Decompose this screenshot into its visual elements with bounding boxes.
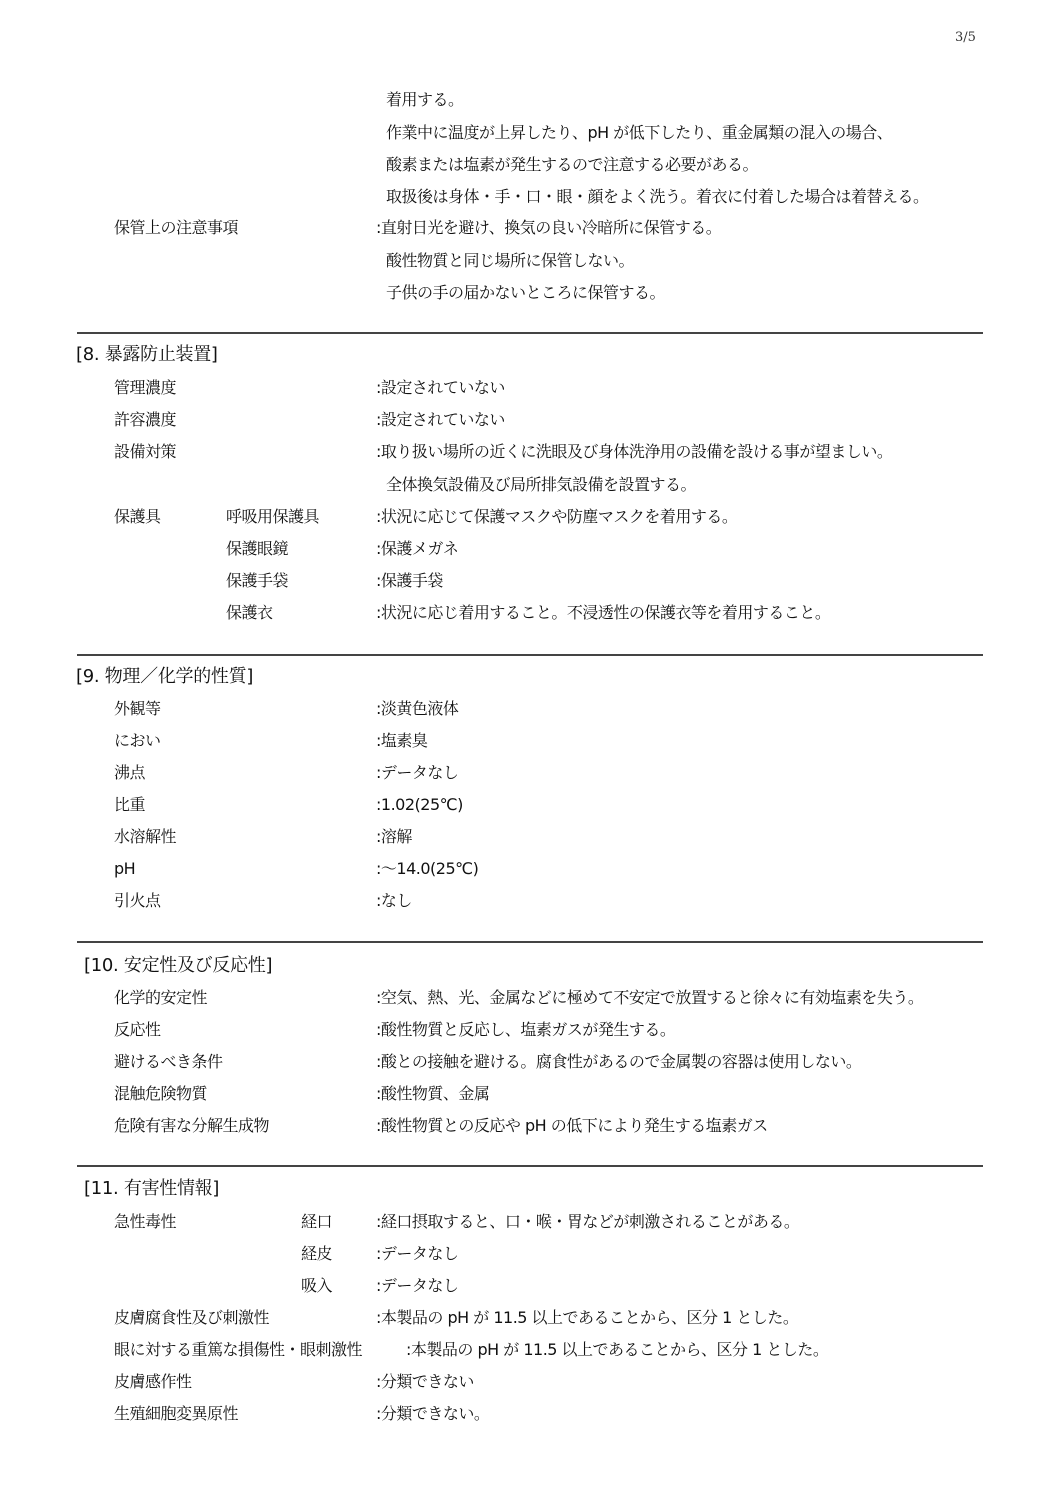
field-label: 外観等	[114, 699, 161, 719]
field-value: :1.02(25℃)	[376, 795, 463, 815]
ppe-sub-label: 呼吸用保護具	[226, 507, 319, 527]
field-value: :塩素臭	[376, 731, 427, 751]
section-8-title: [8. 暴露防止装置]	[76, 344, 218, 366]
field-label: 水溶解性	[114, 827, 176, 847]
field-label: 反応性	[114, 1020, 161, 1040]
field-label: 許容濃度	[114, 410, 176, 430]
field-value: :酸性物質との反応や pH の低下により発生する塩素ガス	[376, 1116, 768, 1136]
section-divider	[77, 1165, 983, 1167]
field-value: :データなし	[376, 763, 458, 783]
field-label: 生殖細胞変異原性	[114, 1404, 238, 1424]
ppe-value: :状況に応じ着用すること。不浸透性の保護衣等を着用すること。	[376, 603, 830, 623]
field-value: :取り扱い場所の近くに洗眼及び身体洗浄用の設備を設ける事が望ましい。	[376, 442, 892, 462]
field-label: 眼に対する重篤な損傷性・眼刺激性	[114, 1340, 362, 1360]
field-label: 管理濃度	[114, 378, 176, 398]
field-value: :酸との接触を避ける。腐食性があるので金属製の容器は使用しない。	[376, 1052, 861, 1072]
route-value: :データなし	[376, 1276, 458, 1296]
field-value: 全体換気設備及び局所排気設備を設置する。	[386, 475, 696, 495]
section-11-title: [11. 有害性情報]	[84, 1178, 219, 1200]
field-value: :分類できない	[376, 1372, 474, 1392]
ppe-value: :保護メガネ	[376, 539, 458, 559]
field-label: 化学的安定性	[114, 988, 207, 1008]
field-value: :淡黄色液体	[376, 699, 458, 719]
storage-value: :直射日光を避け、換気の良い冷暗所に保管する。	[376, 218, 721, 238]
field-value: :設定されていない	[376, 378, 505, 398]
field-label: 皮膚感作性	[114, 1372, 192, 1392]
field-label: 避けるべき条件	[114, 1052, 223, 1072]
storage-value: 酸性物質と同じ場所に保管しない。	[386, 251, 634, 271]
field-label: 混触危険物質	[114, 1084, 207, 1104]
ppe-sub-label: 保護衣	[226, 603, 273, 623]
field-value: :酸性物質と反応し、塩素ガスが発生する。	[376, 1020, 675, 1040]
storage-value: 子供の手の届かないところに保管する。	[386, 283, 665, 303]
route-value: :データなし	[376, 1244, 458, 1264]
field-value: :酸性物質、金属	[376, 1084, 489, 1104]
field-label: におい	[114, 731, 161, 751]
field-value: :～14.0(25℃)	[376, 859, 478, 879]
section-9-title: [9. 物理／化学的性質]	[76, 666, 253, 688]
acute-toxicity-label: 急性毒性	[114, 1212, 176, 1232]
ppe-sub-label: 保護眼鏡	[226, 539, 288, 559]
page-number: 3/5	[955, 30, 976, 45]
section-divider	[77, 332, 983, 334]
handling-line: 着用する。	[386, 90, 464, 110]
field-label: 比重	[114, 795, 145, 815]
field-value: :なし	[376, 891, 412, 911]
ppe-value: :保護手袋	[376, 571, 443, 591]
route-label: 吸入	[301, 1276, 332, 1296]
field-label: 引火点	[114, 891, 161, 911]
field-value: :設定されていない	[376, 410, 505, 430]
field-label: 皮膚腐食性及び刺激性	[114, 1308, 269, 1328]
storage-label: 保管上の注意事項	[114, 218, 238, 238]
route-label: 経皮	[301, 1244, 332, 1264]
ppe-label: 保護具	[114, 507, 161, 527]
handling-line: 酸素または塩素が発生するので注意する必要がある。	[386, 155, 758, 175]
section-divider	[77, 654, 983, 656]
section-10-title: [10. 安定性及び反応性]	[84, 955, 272, 977]
route-value: :経口摂取すると、口・喉・胃などが刺激されることがある。	[376, 1212, 799, 1232]
field-value: :本製品の pH が 11.5 以上であることから、区分 1 とした。	[406, 1340, 828, 1360]
handling-line: 作業中に温度が上昇したり、pH が低下したり、重金属類の混入の場合、	[386, 123, 892, 143]
field-label: 設備対策	[114, 442, 176, 462]
field-label: pH	[114, 859, 135, 879]
field-value: :空気、熱、光、金属などに極めて不安定で放置すると徐々に有効塩素を失う。	[376, 988, 923, 1008]
section-divider	[77, 941, 983, 943]
field-value: :本製品の pH が 11.5 以上であることから、区分 1 とした。	[376, 1308, 798, 1328]
ppe-value: :状況に応じて保護マスクや防塵マスクを着用する。	[376, 507, 737, 527]
field-value: :溶解	[376, 827, 412, 847]
field-value: :分類できない。	[376, 1404, 489, 1424]
handling-line: 取扱後は身体・手・口・眼・顔をよく洗う。着衣に付着した場合は着替える。	[386, 187, 929, 207]
route-label: 経口	[301, 1212, 332, 1232]
ppe-sub-label: 保護手袋	[226, 571, 288, 591]
field-label: 危険有害な分解生成物	[114, 1116, 269, 1136]
field-label: 沸点	[114, 763, 145, 783]
